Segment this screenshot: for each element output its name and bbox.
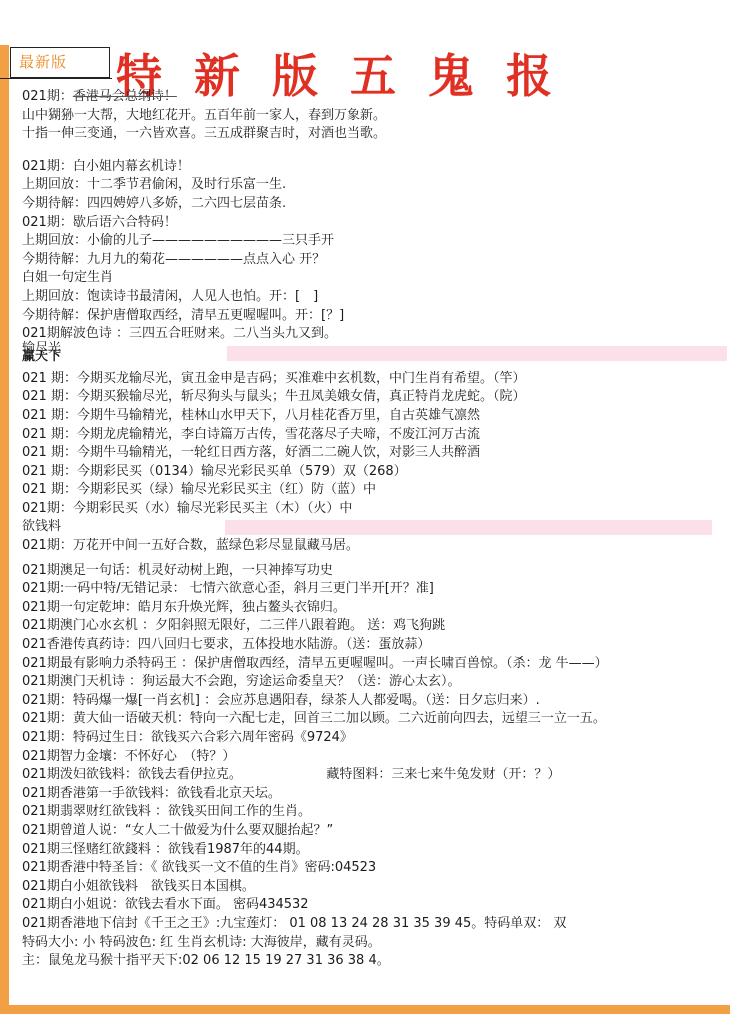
text-line: 今期待解：保护唐僧取西经，清早五更喔喔叫。开：[？] bbox=[22, 307, 726, 326]
text-line: 021期泼妇欲钱料：欲钱去看伊拉克。 藏特图料：三来七来牛兔发财（开：？） bbox=[22, 766, 726, 785]
text-line: 白姐一句定生肖 bbox=[22, 269, 726, 288]
text-line: 主：鼠兔龙马猴十指平天下:02 06 12 15 19 27 31 36 38 … bbox=[22, 952, 726, 971]
text-line: 021 期：今期牛马输精光，一轮红日西方落，好酒二二碗人饮，对影三人共醉酒 bbox=[22, 444, 726, 463]
text-line: 021 期：今期彩民买（0134）输尽光彩民买单（579）双（268） bbox=[22, 463, 726, 482]
text-line: 021期曾道人说：“女人二十做爱为什么要双腿抬起？” bbox=[22, 822, 726, 841]
content-lines: 021期：香港马会总纲诗！山中猢狲一大帮，大地红花开。五百年前一家人，春到万象新… bbox=[22, 88, 726, 971]
text-line: 021期香港中特圣旨：《 欲钱买一文不值的生肖》密码:04523 bbox=[22, 859, 726, 878]
text-line: 021期澳门天机诗 ：狗运最大不会跑，穷途运命委皇天？（送：游心太玄）。 bbox=[22, 673, 726, 692]
text-line: 021期澳门心水玄机 ：夕阳斜照无限好，二三伴八跟着跑。 送：鸡飞狗跳 bbox=[22, 617, 726, 636]
text-line: 021期：特码爆一爆[一肖玄机] ：会应苏息遇阳春，绿茶人人都爱喝。（送：日夕忘… bbox=[22, 692, 726, 711]
text-line: 021 期：今期龙虎输精光，李白诗篇万古传，雪花落尽子夫啼，不废江河万古流 bbox=[22, 426, 726, 445]
text-line: 021期最有影响力杀特码王 ：保护唐僧取西经，清早五更喔喔叫。一声长啸百兽惊。（… bbox=[22, 655, 726, 674]
text-line: 021期香港第一手欲钱料：欲钱看北京天坛。 bbox=[22, 785, 726, 804]
text-line: 上期回放：小偷的儿子——————————三只手开 bbox=[22, 232, 726, 251]
text-line: 今期待解：九月九的菊花——————点点入心 开？ bbox=[22, 251, 726, 270]
latest-version-label: 最新版 bbox=[11, 48, 109, 72]
left-border-bar bbox=[0, 45, 9, 1014]
text-line: 021 期：今期彩民买（绿）输尽光彩民买主（红）防（蓝）中 bbox=[22, 481, 726, 500]
text-line: 021期：白小姐内幕玄机诗！ bbox=[22, 158, 726, 177]
text-line: 十指一伸三变通，一六皆欢喜。三五成群聚吉时，对酒也当歌。 bbox=[22, 125, 726, 144]
text-line: 上期回放：饱读诗书最清闲，人见人也怕。开：[ ] bbox=[22, 288, 726, 307]
text-line: 021期：香港马会总纲诗！ bbox=[22, 88, 726, 107]
text-line: 特码大小: 小 特码波色: 红 生肖玄机诗: 大海彼岸，藏有灵码。 bbox=[22, 934, 726, 953]
text-line: 021期：特码过生日：欲钱买六合彩六周年密码《9724》 bbox=[22, 729, 726, 748]
latest-version-badge: 最新版 bbox=[10, 47, 110, 78]
text-line: 021期一句定乾坤：皓月东升焕光辉，独占鳌头衣锦归。 bbox=[22, 599, 726, 618]
overprinted-line: 输尽光赢天下 bbox=[22, 344, 726, 370]
text-line: 021期香港地下信封《千王之王》:九宝莲灯： 01 08 13 24 28 31… bbox=[22, 915, 726, 934]
badge-underline bbox=[0, 78, 112, 79]
text-line: 021期：万花开中间一五好合数，蓝绿色彩尽显鼠藏马居。 bbox=[22, 537, 726, 556]
text-line: 021期翡翠财红欲钱料 ：欲钱买田间工作的生肖。 bbox=[22, 803, 726, 822]
text-line: 上期回放：十二季节君偷闲，及时行乐富一生. bbox=[22, 176, 726, 195]
pink-highlight-band bbox=[227, 346, 727, 361]
text-line: 021期澳足一句话：机灵好动树上跑，一只神捧写功史 bbox=[22, 562, 726, 581]
struck-text: 香港马会总纲诗！ bbox=[73, 89, 177, 104]
text-line: 山中猢狲一大帮，大地红花开。五百年前一家人，春到万象新。 bbox=[22, 107, 726, 126]
text-line: 021期：歇后语六合特码！ bbox=[22, 214, 726, 233]
text-line: 欲钱料 bbox=[22, 518, 726, 537]
text-line: 021期：黄大仙一语破天机：特向一六配七走，回首三二加以顾。二六近前向四去，远望… bbox=[22, 710, 726, 729]
text-line: 021期三怪赌红欲錢料 ：欲钱看1987年的44期。 bbox=[22, 841, 726, 860]
text-line: 021 期：今期牛马输精光，桂林山水甲天下，八月桂花香万里，自古英雄气凛然 bbox=[22, 407, 726, 426]
text-line: 今期待解：四四娉婷八多娇，二六四七层苗条. bbox=[22, 195, 726, 214]
text-line: 021期：今期彩民买（水）输尽光彩民买主（木）（火）中 bbox=[22, 500, 726, 519]
text-line: 021期智力金壤：不怀好心 （特？） bbox=[22, 748, 726, 767]
text-line: 021香港传真药诗：四八回归七要求，五体投地水陆游。（送：蛋放蒜） bbox=[22, 636, 726, 655]
overprint-word: 赢天下 bbox=[22, 348, 61, 367]
text-line: 021 期：今期买猴输尽光，斩尽狗头与鼠头；牛丑凤美娥女倩，真正特肖龙虎蛇。（院… bbox=[22, 388, 726, 407]
text-line: 021 期：今期买龙输尽光，寅丑金申是吉码；买准难中玄机数，中门生肖有希望。（竿… bbox=[22, 370, 726, 389]
text-line: 021期:一码中特/无错记录： 七情六欲意心歪，斜月三更门半开[开？准] bbox=[22, 580, 726, 599]
page: 最新版 特 新 版 五 鬼 报 021期：香港马会总纲诗！山中猢狲一大帮，大地红… bbox=[0, 0, 730, 1014]
text-line: 021期解波色诗 ：三四五合旺财来。二八当头九又到。 bbox=[22, 325, 726, 344]
line-prefix: 021期： bbox=[22, 89, 73, 104]
pink-highlight-band bbox=[225, 520, 712, 535]
text-line: 021期白小姐欲钱料 欲钱买日本国棋。 bbox=[22, 878, 726, 897]
text-line: 021期白小姐说：欲钱去看水下面。 密码434532 bbox=[22, 896, 726, 915]
bottom-border-bar bbox=[0, 1005, 730, 1014]
